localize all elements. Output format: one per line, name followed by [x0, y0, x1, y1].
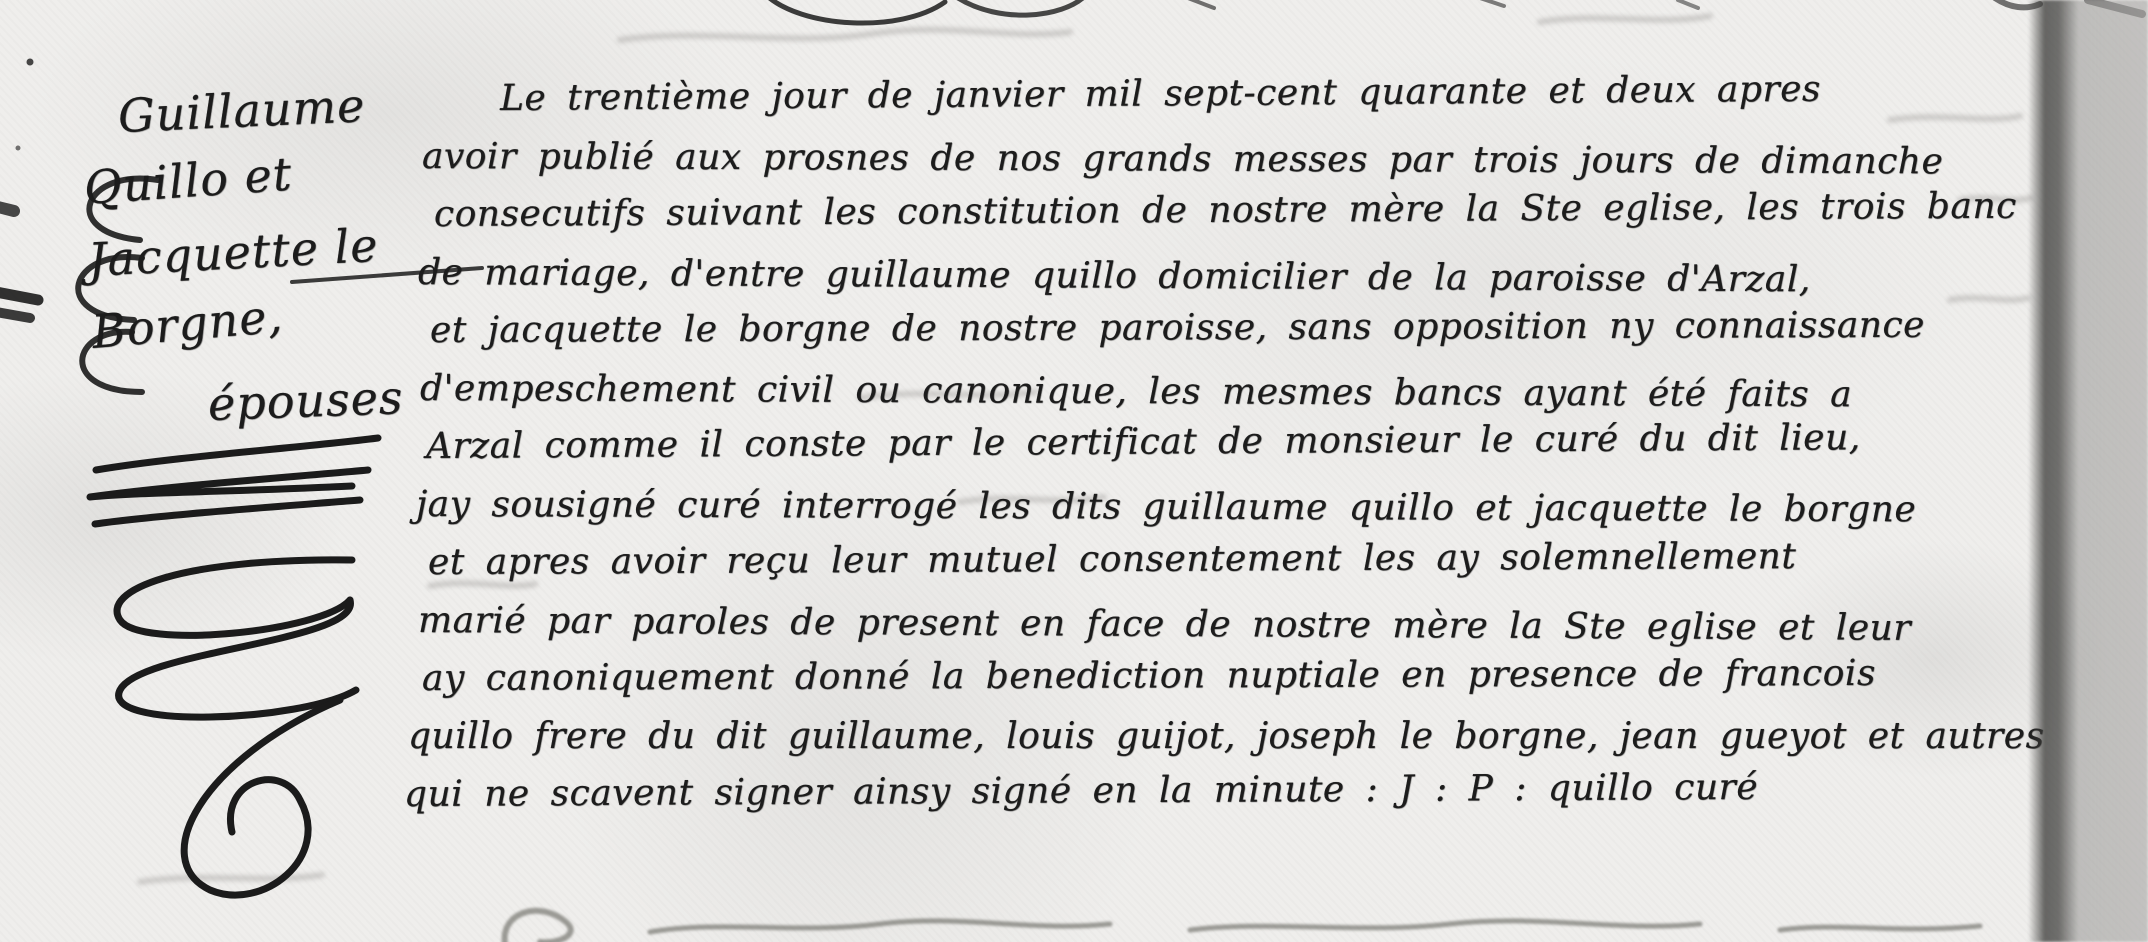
record-line: quillo frere du dit guillaume, louis gui…: [408, 708, 2068, 766]
record-line: et apres avoir reçu leur mutuel consente…: [428, 527, 2068, 592]
margin-note: Guillaume Quillo et Jacquette le Borgne,…: [88, 80, 448, 440]
record-text: Le trentième jour de janvier mil sept-ce…: [408, 70, 2068, 824]
record-line: consecutifs suivant les constitution de …: [434, 177, 2068, 244]
record-line: et jacquette le borgne de nostre paroiss…: [430, 296, 2068, 360]
record-line: ay canoniquement donné la benediction nu…: [422, 644, 2068, 708]
record-line: qui ne scavent signer ainsy signé en la …: [404, 757, 2068, 824]
top-edge-marks: [765, 0, 2142, 23]
record-line: Le trentième jour de janvier mil sept-ce…: [500, 59, 2068, 128]
scanned-register-page: { "colors": { "paper": "#efeeec", "ink":…: [0, 0, 2148, 942]
page-edge-shadow: [2028, 0, 2148, 942]
edge-ink-marks: [0, 59, 38, 319]
record-line: Arzal comme il conste par le certificat …: [426, 408, 2068, 476]
bottom-edge-marks: [505, 911, 1980, 942]
signature-flourish: [90, 438, 378, 895]
